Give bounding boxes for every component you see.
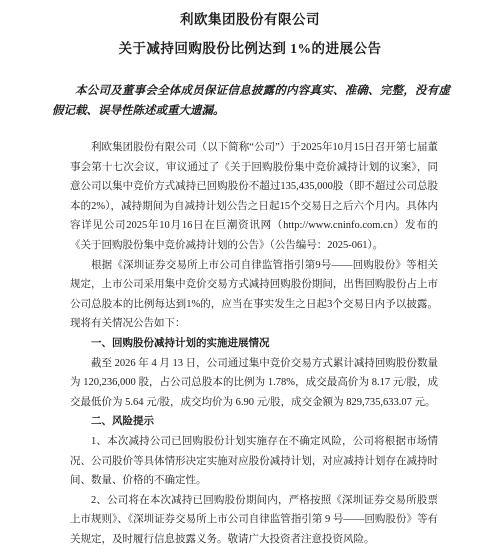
document-body: 利欧集团股份有限公司（以下简称“公司”）于2025年10月15日召开第七届董事会… (70, 138, 438, 549)
paragraph-risk-item-1: 1、本次减持公司已回购股份计划实施存在不确定风险，公司将根据市场情况、公司股价等… (70, 432, 438, 491)
section-heading-risk: 二、风险提示 (70, 412, 438, 432)
announcement-document: 利欧集团股份有限公司 关于减持回购股份比例达到 1%的进展公告 本公司及董事会全… (0, 0, 500, 558)
paragraph-board-resolution: 利欧集团股份有限公司（以下简称“公司”）于2025年10月15日召开第七届董事会… (70, 138, 438, 256)
paragraph-disclosure-rule: 根据《深圳证券交易所上市公司自律监管指引第9号——回购股份》等相关规定，上市公司… (70, 256, 438, 334)
document-title: 利欧集团股份有限公司 (0, 12, 500, 28)
document-subtitle: 关于减持回购股份比例达到 1%的进展公告 (0, 41, 500, 57)
integrity-statement: 本公司及董事会全体成员保证信息披露的内容真实、准确、完整，没有虚假记载、误导性陈… (52, 82, 450, 121)
section-heading-progress: 一、回购股份减持计划的实施进展情况 (70, 334, 438, 354)
paragraph-risk-item-2: 2、公司将在本次减持已回购股份期间内，严格按照《深圳证券交易所股票上市规则》、《… (70, 491, 438, 550)
paragraph-progress-details: 截至 2026 年 4 月 13 日，公司通过集中竞价交易方式累计减持回购股份数… (70, 354, 438, 413)
